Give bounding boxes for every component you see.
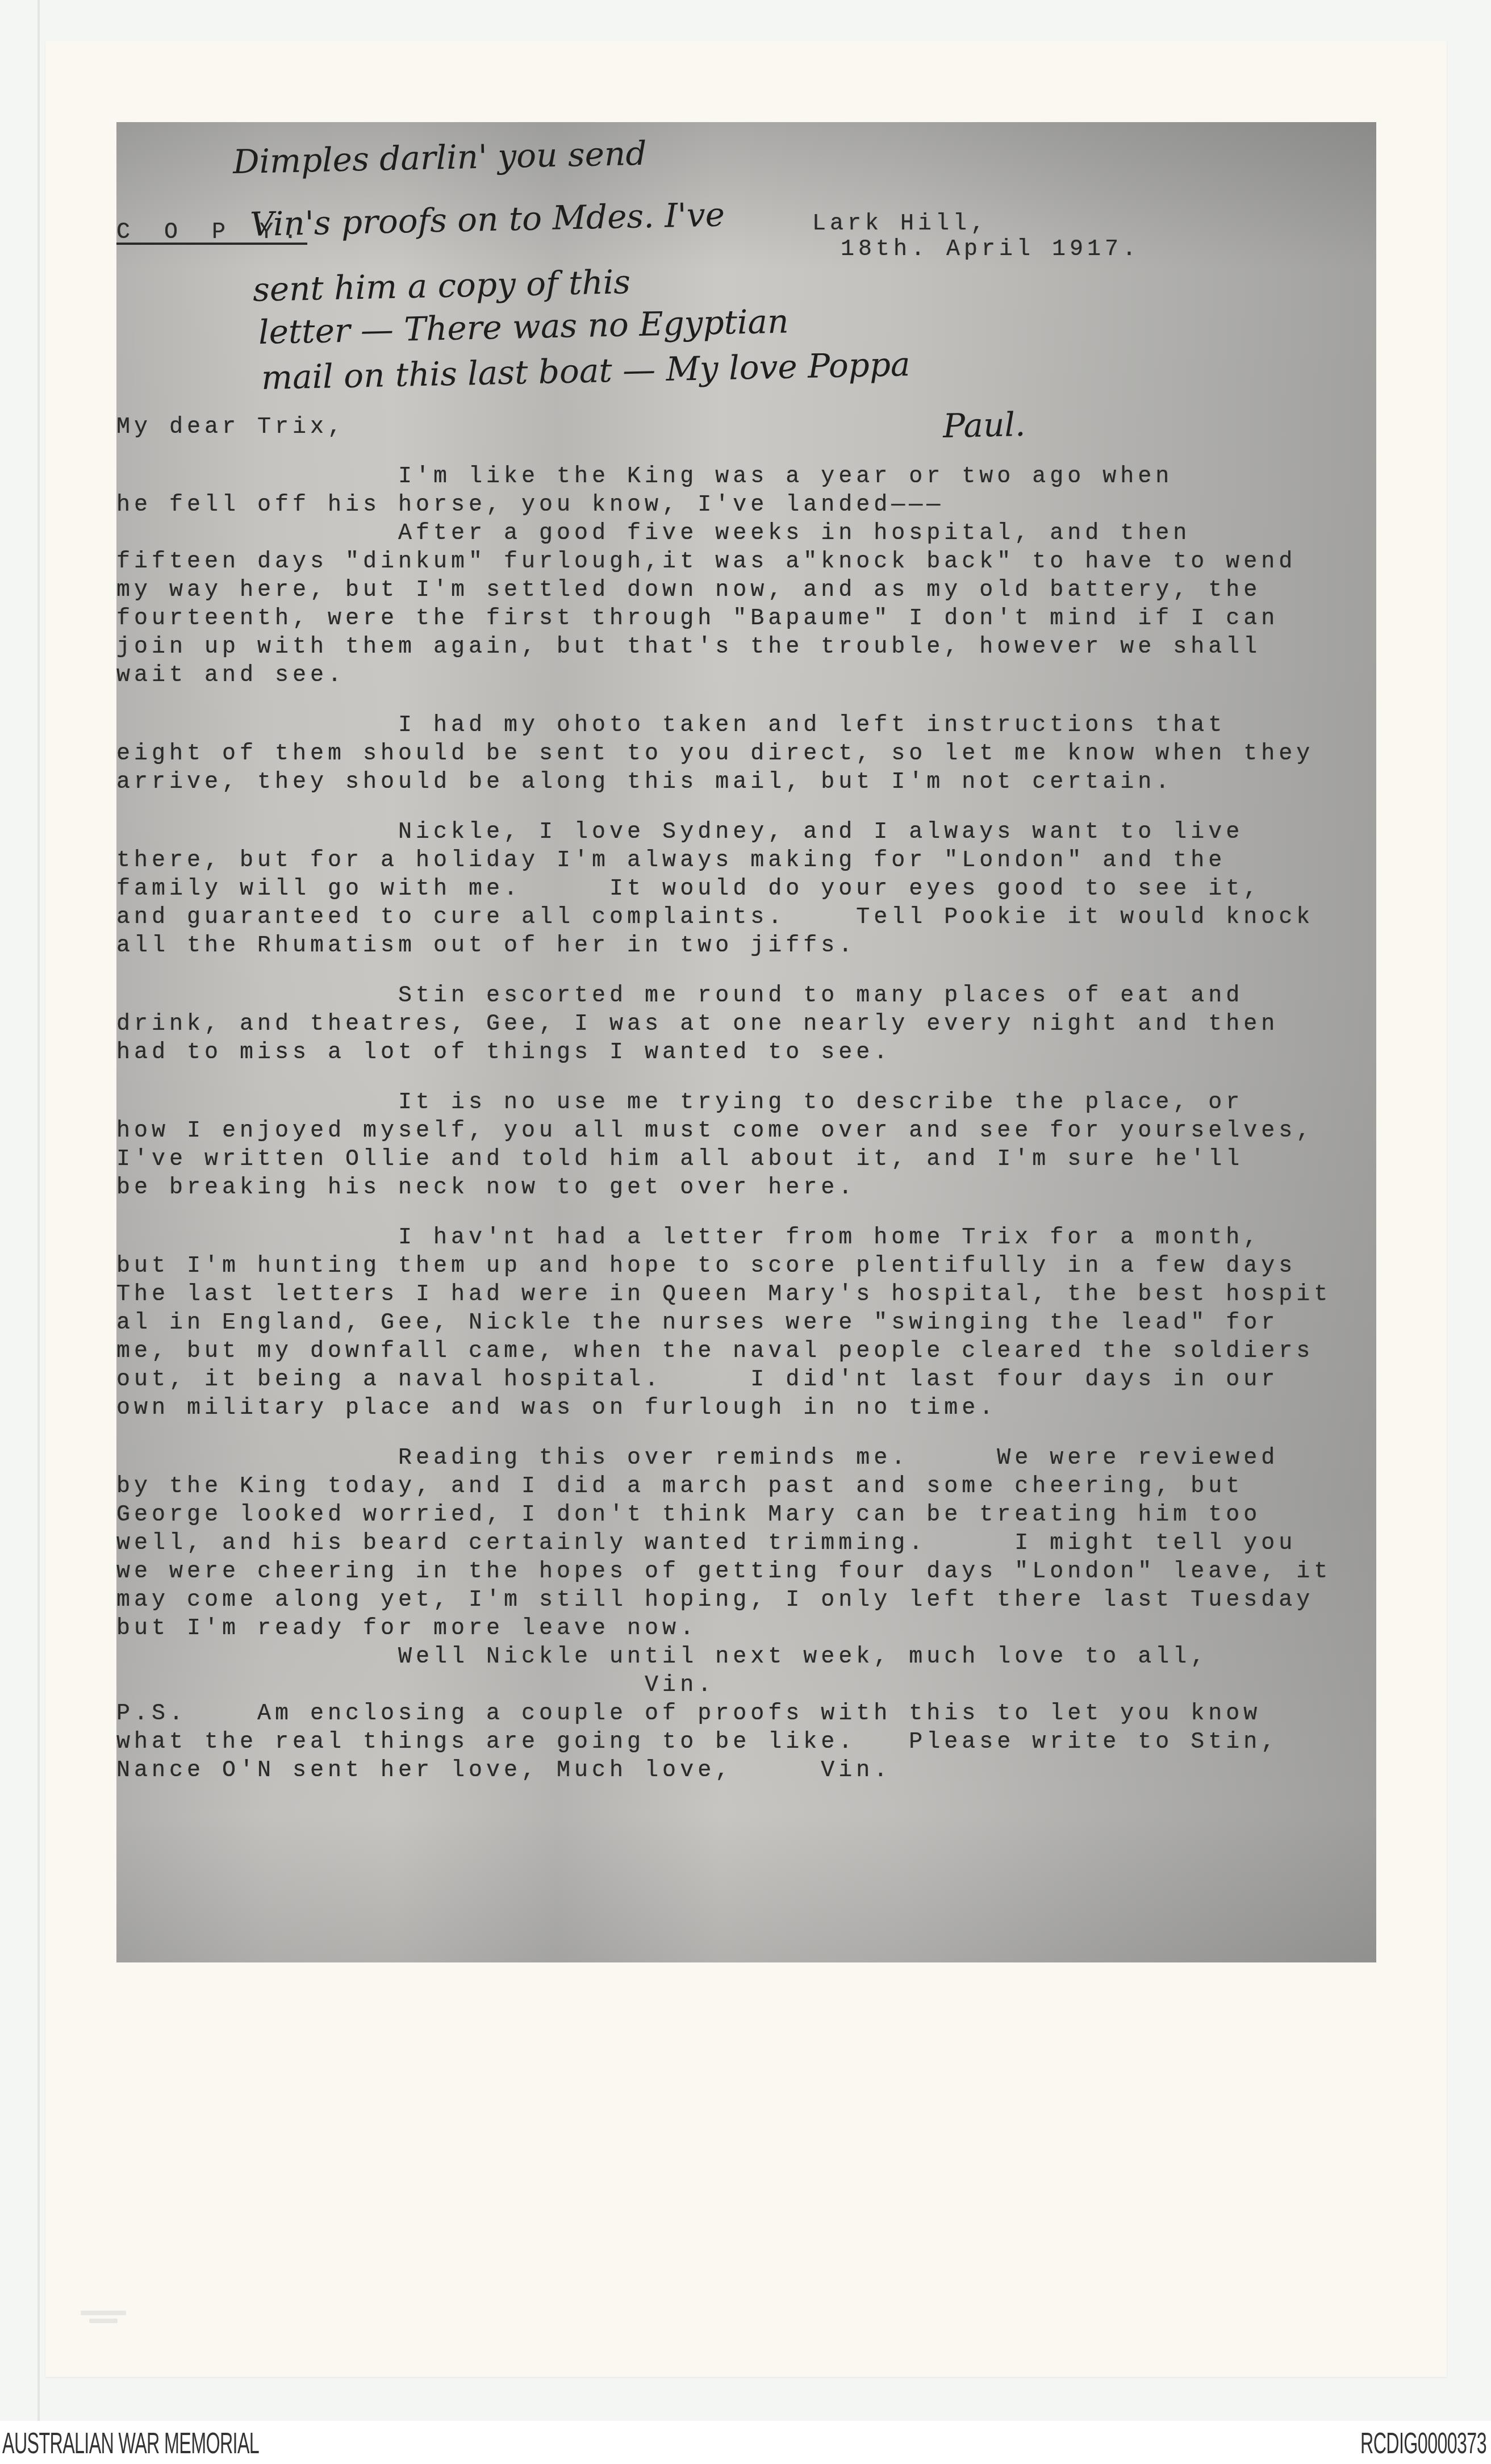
letter-line: we were cheering in the hopes of getting… bbox=[116, 1558, 1331, 1586]
letter-line: The last letters I had were in Queen Mar… bbox=[116, 1281, 1331, 1309]
letter-line: I hav'nt had a letter from home Trix for… bbox=[116, 1224, 1261, 1252]
letter-line: drink, and theatres, Gee, I was at one n… bbox=[116, 1010, 1279, 1039]
letter-line: Well Nickle until next week, much love t… bbox=[116, 1643, 1208, 1672]
scanner-edge bbox=[37, 0, 40, 2421]
letter-line: but I'm hunting them up and hope to scor… bbox=[116, 1252, 1296, 1281]
letter-line: what the real things are going to be lik… bbox=[116, 1728, 1279, 1757]
letter-line: how I enjoyed myself, you all must come … bbox=[116, 1117, 1314, 1146]
faint-stamp-mark bbox=[81, 2311, 126, 2333]
letter-line: Nickle, I love Sydney, and I always want… bbox=[116, 818, 1243, 847]
letter-line: wait and see. bbox=[116, 662, 345, 690]
handwritten-signature: Paul. bbox=[942, 402, 1026, 449]
letter-line: my way here, but I'm settled down now, a… bbox=[116, 577, 1261, 605]
letter-line: may come along yet, I'm still hoping, I … bbox=[116, 1586, 1314, 1615]
letter-line: fourteenth, were the first through "Bapa… bbox=[116, 605, 1279, 633]
letter-line: After a good five weeks in hospital, and… bbox=[116, 520, 1191, 548]
letter-line: by the King today, and I did a march pas… bbox=[116, 1473, 1243, 1501]
letter-line: had to miss a lot of things I wanted to … bbox=[116, 1039, 891, 1067]
letter-line: Reading this over reminds me. We were re… bbox=[116, 1444, 1279, 1473]
letter-line: family will go with me. It would do your… bbox=[116, 875, 1261, 904]
letter-line: I've written Ollie and told him all abou… bbox=[116, 1146, 1243, 1174]
handwritten-line: Dimples darlin' you send bbox=[232, 131, 647, 185]
letter-line: but I'm ready for more leave now. bbox=[116, 1615, 698, 1643]
letter-line: me, but my downfall came, when the naval… bbox=[116, 1338, 1314, 1366]
letter-line: George looked worried, I don't think Mar… bbox=[116, 1501, 1261, 1530]
letter-line: P.S. Am enclosing a couple of proofs wit… bbox=[116, 1700, 1261, 1728]
institution-label: AUSTRALIAN WAR MEMORIAL bbox=[2, 2427, 259, 2461]
letter-line: Stin escorted me round to many places of… bbox=[116, 982, 1243, 1010]
letter-line: I had my ohoto taken and left instructio… bbox=[116, 712, 1226, 740]
address-line-1: Lark Hill, bbox=[812, 210, 988, 239]
letter-line: eight of them should be sent to you dire… bbox=[116, 740, 1314, 769]
letter-line: there, but for a holiday I'm always maki… bbox=[116, 847, 1226, 875]
letter-line: own military place and was on furlough i… bbox=[116, 1394, 997, 1423]
letter-line: al in England, Gee, Nickle the nurses we… bbox=[116, 1309, 1279, 1338]
letter-line: arrive, they should be along this mail, … bbox=[116, 769, 1173, 797]
letter-line: Vin. bbox=[116, 1672, 715, 1700]
salutation: My dear Trix, bbox=[116, 414, 345, 442]
letter-line: join up with them again, but that's the … bbox=[116, 633, 1261, 662]
letter-line: It is no use me trying to describe the p… bbox=[116, 1089, 1243, 1117]
reference-number: RCDIG0000373 bbox=[1360, 2427, 1486, 2461]
letter-line: out, it being a naval hospital. I did'nt… bbox=[116, 1366, 1279, 1394]
letter-line: and guaranteed to cure all complaints. T… bbox=[116, 904, 1314, 932]
letter-line: he fell off his horse, you know, I've la… bbox=[116, 491, 944, 520]
letter-line: fifteen days "dinkum" furlough,it was a"… bbox=[116, 548, 1296, 577]
letter-line: well, and his beard certainly wanted tri… bbox=[116, 1530, 1296, 1558]
address-date: 18th. April 1917. bbox=[841, 236, 1140, 264]
letter-line: be breaking his neck now to get over her… bbox=[116, 1174, 856, 1202]
letter-line: I'm like the King was a year or two ago … bbox=[116, 463, 1173, 491]
letter-line: all the Rhumatism out of her in two jiff… bbox=[116, 932, 856, 960]
letter-line: Nance O'N sent her love, Much love, Vin. bbox=[116, 1757, 891, 1785]
